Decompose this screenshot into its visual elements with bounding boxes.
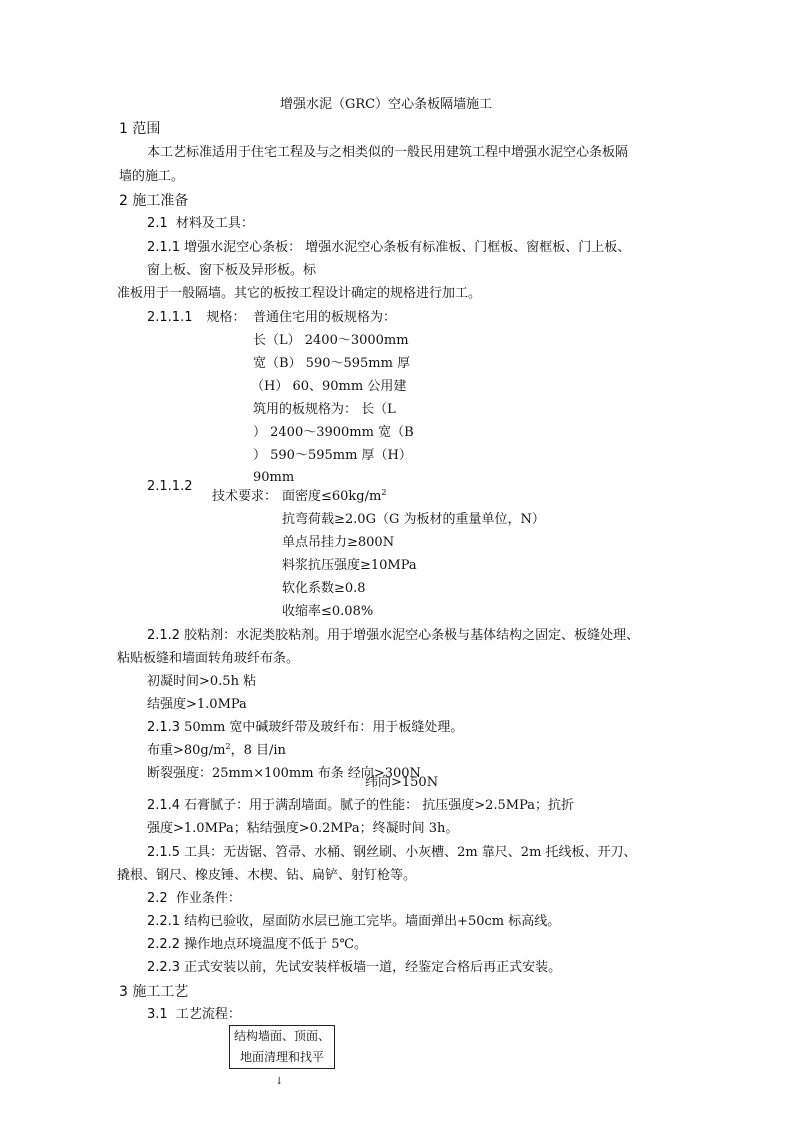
item-2-2: 2.2 作业条件： (147, 891, 241, 907)
item-text: 50mm 宽中碱玻纤带及玻纤布：用于板缝处理。 (184, 720, 463, 735)
item-2-1-3: 2.1.350mm 宽中碱玻纤带及玻纤布：用于板缝处理。 (147, 720, 463, 736)
item-text: 正式安装以前，先试安装样板墙一道，经鉴定合格后再正式安装。 (184, 960, 561, 975)
item-number: 2.1.1.1 (147, 310, 192, 325)
item-number: 3.1 (147, 1007, 168, 1022)
item-2-1-2-cont: 粘贴板缝和墙面转角玻纤布条。 (117, 651, 299, 667)
spec-line: 长（L） 2400～3000mm (253, 333, 409, 349)
adhesive-spec: 初凝时间>0.5h 粘 (147, 674, 256, 690)
spec-line: ） 590～595mm 厚（H） (253, 448, 412, 464)
spec-line: 普通住宅用的板规格为： (253, 310, 396, 326)
tech-requirement: 软化系数≥0.8 (282, 581, 366, 597)
item-2-2-2: 2.2.2操作地点环境温度不低于 5℃。 (147, 937, 367, 953)
flow-arrow-down-icon: ↓ (275, 1074, 283, 1090)
item-number: 2.2.2 (147, 937, 180, 952)
document-title: 增强水泥（GRC）空心条板隔墙施工 (280, 97, 492, 113)
item-2-1-1-2-number: 2.1.1.2 (147, 479, 192, 495)
tech-requirement: 料浆抗压强度≥10MPa (282, 558, 417, 574)
item-2-2-1: 2.2.1结构已验收，屋面防水层已施工完毕。墙面弹出+50cm 标高线。 (147, 914, 560, 930)
item-2-2-3: 2.2.3正式安装以前，先试安装样板墙一道，经鉴定合格后再正式安装。 (147, 960, 561, 976)
item-2-1-1-1: 2.1.1.1规格： (147, 310, 246, 326)
item-2-1-1-cont1: 窗上板、窗下板及异形板。标 (147, 263, 316, 279)
adhesive-spec: 结强度>1.0MPa (147, 697, 247, 713)
item-2-1-4-cont: 强度>1.0MPa；粘结强度>0.2MPa；终凝时间 3h。 (147, 821, 458, 837)
spec-line: ） 2400～3900mm 宽（B (253, 425, 414, 441)
item-2-1-1-2-label: 技术要求： (212, 489, 277, 505)
item-2-1-5-cont: 撬根、钢尺、橡皮锤、木楔、钻、扁铲、射钉枪等。 (117, 868, 416, 884)
weight-text: 布重>80g/m (147, 743, 225, 758)
spec-line: 宽（B） 590～595mm 厚 (253, 356, 410, 372)
item-number: 2.1.1 (147, 240, 180, 255)
item-3-1: 3.1 工艺流程： (147, 1007, 241, 1023)
spec-line: （H） 60、90mm 公用建 (251, 379, 406, 395)
item-text: 结构已验收，屋面防水层已施工完毕。墙面弹出+50cm 标高线。 (184, 914, 560, 929)
flow-step-line: 结构墙面、顶面、 (230, 1026, 334, 1047)
tech-requirement: 抗弯荷载≥2.0G（G 为板材的重量单位，N） (282, 512, 545, 528)
spec-line: 90mm (253, 470, 294, 486)
section-1-heading: 1 范围 (119, 121, 160, 137)
fiber-weight: 布重>80g/m2，8 目/in (147, 743, 286, 759)
item-number: 2.1.2 (147, 628, 180, 643)
item-text: 工具：无齿锯、笤帚、水桶、钢丝刷、小灰槽、2m 靠尺、2m 托线板、开刀、 (184, 845, 636, 860)
item-number: 2.2.3 (147, 960, 180, 975)
tech-requirement: 单点吊挂力≥800N (282, 535, 394, 551)
item-text: 操作地点环境温度不低于 5℃。 (184, 937, 367, 952)
item-number: 2.1.5 (147, 845, 180, 860)
superscript: 2 (381, 488, 386, 497)
item-text: 胶粘剂：水泥类胶粘剂。用于增强水泥空心条极与基体结构之固定、板缝处理、 (184, 628, 639, 643)
item-2-1-2: 2.1.2胶粘剂：水泥类胶粘剂。用于增强水泥空心条极与基体结构之固定、板缝处理、 (147, 628, 639, 644)
item-number: 2.1.3 (147, 720, 180, 735)
item-number: 2.2.1 (147, 914, 180, 929)
item-2-1-5: 2.1.5工具：无齿锯、笤帚、水桶、钢丝刷、小灰槽、2m 靠尺、2m 托线板、开… (147, 845, 637, 861)
item-2-1-1-cont2: 准板用于一般隔墙。其它的板按工程设计确定的规格进行加工。 (117, 286, 481, 302)
density-text: 面密度≤60kg/m (282, 489, 381, 504)
item-number: 2.1.4 (147, 798, 180, 813)
tech-requirement: 面密度≤60kg/m2 (282, 489, 386, 505)
item-2-1-4: 2.1.4石膏腻子：用于满刮墙面。腻子的性能： 抗压强度>2.5MPa；抗折 (147, 798, 574, 814)
item-text: 增强水泥空心条板： 增强水泥空心条板有标准板、门框板、窗框板、门上板、 (184, 240, 630, 255)
fiber-weft: 纬向>150N (365, 775, 438, 791)
tech-requirement: 收缩率≤0.08% (282, 604, 373, 620)
section-1-paragraph-cont: 墙的施工。 (119, 169, 184, 185)
item-number: 2.1 (147, 216, 168, 231)
item-number: 2.2 (147, 891, 168, 906)
item-text: 工艺流程： (176, 1007, 241, 1022)
section-2-heading: 2 施工准备 (119, 193, 188, 209)
spec-line: 筑用的板规格为： 长（L (253, 402, 396, 418)
item-label: 规格： (206, 310, 245, 325)
flow-step-line: 地面清理和找平 (230, 1047, 334, 1068)
item-text: 石膏腻子：用于满刮墙面。腻子的性能： 抗压强度>2.5MPa；抗折 (184, 798, 574, 813)
item-text: 作业条件： (176, 891, 241, 906)
weight-rest: ，8 目/in (231, 743, 286, 758)
flow-step-box: 结构墙面、顶面、 地面清理和找平 (229, 1025, 335, 1069)
section-3-heading: 3 施工工艺 (119, 984, 188, 1000)
item-2-1-1: 2.1.1增强水泥空心条板： 增强水泥空心条板有标准板、门框板、窗框板、门上板、 (147, 240, 630, 256)
item-text: 材料及工具： (176, 216, 254, 231)
section-1-paragraph: 本工艺标准适用于住宅工程及与之相类似的一般民用建筑工程中增强水泥空心条板隔 (147, 145, 628, 161)
item-2-1: 2.1 材料及工具： (147, 216, 254, 232)
